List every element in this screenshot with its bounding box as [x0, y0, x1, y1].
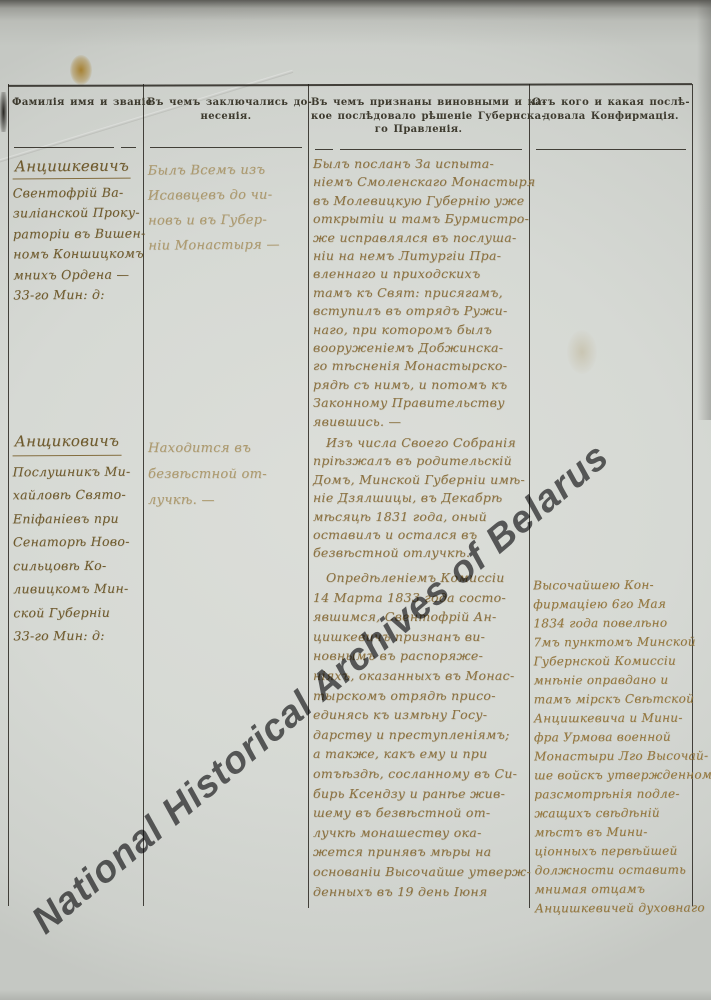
text-line: ливицкомъ Мин- — [13, 577, 140, 601]
header-rule-col1-dash — [121, 147, 136, 148]
text-line: тамъ къ Свят: присягамъ, — [313, 284, 525, 302]
text-line: бирь Ксендзу и ранѣе жив- — [313, 784, 525, 804]
entry2-report-cell: Находится въбезвѣстной от-лучкѣ. — — [148, 436, 302, 514]
text-line: жащихъ свѣдѣній — [534, 804, 692, 824]
archival-document-page: Фамилія имя и званіе Въ чемъ заключались… — [0, 0, 711, 1000]
text-line: несенія. — [147, 110, 305, 124]
header-rule-col3 — [340, 149, 522, 150]
text-line: разсмотрѣнія подле- — [534, 785, 692, 805]
text-line: открытіи и тамъ Бурмистро- — [313, 210, 525, 228]
text-line: новъ и въ Губер- — [148, 207, 302, 233]
text-line: сильцовѣ Ко- — [13, 553, 140, 577]
text-line: 33-го Мин: д: — [13, 285, 140, 306]
text-line: Сенаторѣ Ново- — [13, 530, 140, 554]
text-line: 7мъ пунктомъ Минской — [533, 633, 691, 653]
text-line: Исаввцевъ до чи- — [148, 182, 302, 208]
text-line: безвѣстной от- — [148, 462, 302, 488]
paper-stain-brown — [70, 55, 92, 85]
text-line: мнимая отцамъ — [535, 880, 693, 900]
header-rule-col1 — [14, 147, 114, 148]
text-line: рядѣ съ нимъ, и потомъ къ — [313, 376, 525, 394]
text-line: мнихъ Ордена — — [13, 264, 140, 285]
table-border-top — [8, 83, 692, 86]
text-line: го Правленія. — [311, 123, 526, 137]
text-line: Былъ Всемъ изъ — [148, 157, 302, 183]
text-line: единясь къ измѣну Госу- — [313, 705, 525, 725]
text-line: отъѣздѣ, сосланному въ Си- — [313, 764, 525, 784]
column-header-name: Фамилія имя и званіе — [12, 96, 140, 110]
text-line: Анцишкевича и Мини- — [534, 709, 692, 729]
text-line: раторіи въ Вишен- — [13, 223, 140, 244]
text-line: наго, при которомъ былъ — [313, 321, 525, 339]
text-line: мѣстъ въ Мини- — [534, 823, 692, 843]
column-header-confirmation: Отъ кого и какая послѣ-довала Конфирмаці… — [532, 96, 690, 123]
text-line: мнѣніе оправдано и — [534, 671, 692, 691]
paper-stain-faint — [567, 330, 597, 374]
text-line: шему въ безвѣстной от- — [313, 803, 525, 823]
text-line: Домъ, Минской Губерніи имѣ- — [313, 471, 525, 489]
text-line: же исправлялся въ послуша- — [313, 229, 525, 247]
text-line: фирмаціею 6го Мая — [533, 595, 691, 615]
text-line: Монастыри Лго Высочай- — [534, 747, 692, 767]
text-line: въ Молевицкую Губернію уже — [313, 192, 525, 210]
entry2-name-details: Послушникъ Ми-хайловѣ Свято-Епіфаніевъ п… — [13, 459, 141, 648]
text-line: жется принявъ мѣры на — [313, 842, 525, 862]
text-line: довала Конфирмація. — [532, 110, 690, 124]
text-line: тамъ мірскъ Свѣтской — [534, 690, 692, 710]
text-line: Анцишкевичей духовнаго — [535, 899, 693, 919]
paper-stain-dark-left-edge — [0, 92, 7, 132]
text-line: Фамилія имя и званіе — [12, 96, 140, 110]
verdict-paragraph-1: Былъ посланъ За испыта-ніемъ Смоленскаго… — [313, 155, 525, 431]
column-header-report: Въ чемъ заключались до-несенія. — [147, 96, 305, 123]
text-line: 1834 года повелѣно — [533, 614, 691, 634]
text-line: ской Губерніи — [13, 600, 140, 624]
text-line: денныхъ въ 19 день Іюня — [313, 882, 525, 902]
text-line: 33-го Мин: д: — [13, 624, 140, 648]
entry2-surname: Анщиковичъ — [12, 430, 121, 456]
text-line: Въ чемъ заключались до- — [147, 96, 305, 110]
entry2-name-cell: Анщиковичъ Послушникъ Ми-хайловѣ Свято-Е… — [12, 430, 140, 648]
column-divider-1 — [143, 84, 144, 906]
confirmation-cell: Высочайшею Кон-фирмаціею 6го Мая1834 год… — [533, 576, 693, 919]
text-line: ніи на немъ Литургіи Пра- — [313, 247, 525, 265]
text-line: явившись. — — [313, 413, 525, 431]
text-line: лучкѣ. — — [148, 488, 302, 514]
column-header-verdict: Въ чемъ признаны виновными и ка-кое посл… — [311, 96, 526, 137]
text-line: Изъ числа Своего Собранія — [313, 434, 525, 452]
text-line: пріѣзжалъ въ родительскій — [313, 452, 525, 470]
text-line: ніемъ Смоленскаго Монастыря — [313, 173, 525, 191]
entry1-name-details: Свентофрій Ва-зиліанской Проку-раторіи в… — [13, 182, 141, 306]
text-line: фра Урмова военной — [534, 728, 692, 748]
table-border-left — [8, 84, 9, 906]
entry1-report-cell: Былъ Всемъ изъИсаввцевъ до чи-новъ и въ … — [148, 157, 303, 258]
text-line: Отъ кого и какая послѣ- — [532, 96, 690, 110]
header-rule-col3-dash — [315, 149, 333, 150]
text-line: Въ чемъ признаны виновными и ка- — [311, 96, 526, 110]
header-rule-col4 — [536, 149, 686, 150]
text-line: зиліанской Проку- — [13, 203, 140, 224]
text-line: Высочайшею Кон- — [533, 576, 691, 596]
text-line: вленнаго и приходскихъ — [313, 265, 525, 283]
text-line: должности оставить — [535, 861, 693, 881]
text-line: номъ Коншицкомъ — [13, 244, 140, 265]
text-line: Губернской Комиссіи — [534, 652, 692, 672]
text-line: го тѣсненія Монастырско- — [313, 357, 525, 375]
text-line: Находится въ — [148, 436, 302, 462]
text-line: ше войскъ утвержденному — [534, 766, 692, 786]
paper-edge-shadow-bottom — [0, 990, 711, 1000]
text-line: дарству и преступленіямъ; — [313, 725, 525, 745]
text-line: вооруженіемъ Добжинска- — [313, 339, 525, 357]
entry1-surname: Анцишкевичъ — [12, 156, 131, 179]
text-line: лучкѣ монашеству ока- — [313, 823, 525, 843]
text-line: Законному Правительству — [313, 394, 525, 412]
header-rule-col2 — [150, 147, 302, 148]
text-line: Епіфаніевъ при — [13, 506, 140, 530]
text-line: Свентофрій Ва- — [13, 182, 140, 203]
text-line: ціонныхъ первѣйшей — [534, 842, 692, 862]
text-line: кое послѣдовало рѣшеніе Губернска- — [311, 110, 526, 124]
column-divider-2 — [308, 84, 309, 908]
text-line: Послушникъ Ми- — [13, 459, 140, 483]
entry1-name-cell: Анцишкевичъ Свентофрій Ва-зиліанской Про… — [12, 156, 140, 306]
text-line: ніи Монастыря — — [148, 232, 302, 258]
paper-edge-shadow-top — [0, 0, 711, 46]
text-line: а также, какъ ему и при — [313, 744, 525, 764]
text-line: основаніи Высочайше утверж- — [313, 862, 525, 882]
text-line: хайловѣ Свято- — [13, 483, 140, 507]
text-line: вступилъ въ отрядъ Ружи- — [313, 302, 525, 320]
text-line: Былъ посланъ За испыта- — [313, 155, 525, 173]
paper-edge-shadow-right — [697, 0, 711, 420]
text-line: ніе Дзялшицы, въ Декабрѣ — [313, 489, 525, 507]
